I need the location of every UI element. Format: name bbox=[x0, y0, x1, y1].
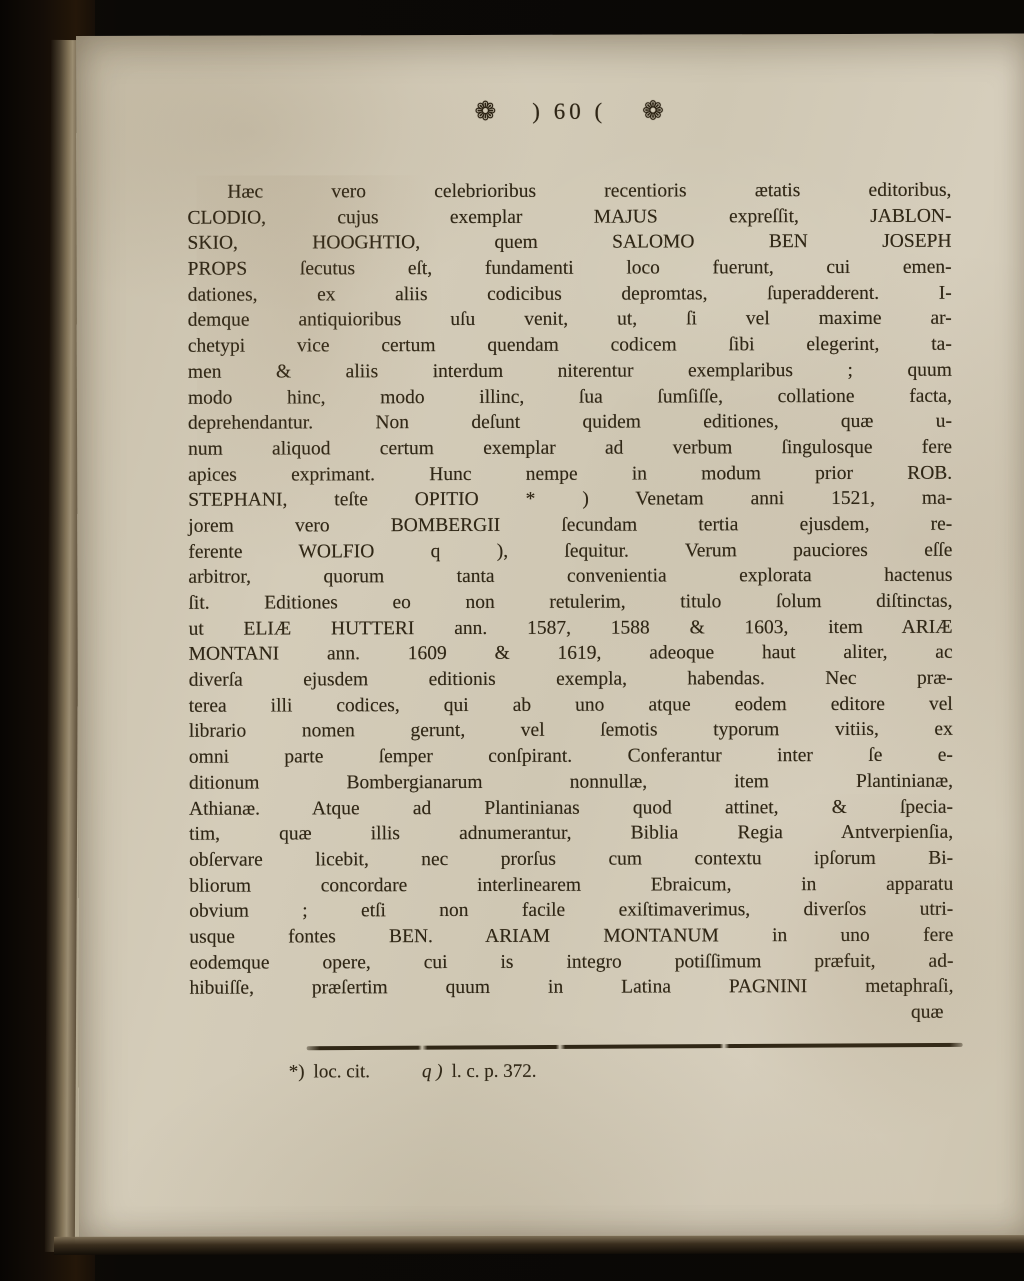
text-line: obvium ; etſi non facile exiſtimaverimus… bbox=[189, 897, 953, 925]
text-line: eodemque opere, cui is integro potiſſimu… bbox=[189, 948, 953, 976]
text-line: Athianæ. Atque ad Plantinianas quod atti… bbox=[189, 794, 953, 822]
fleuron-ornament-icon: ❁ bbox=[642, 98, 664, 124]
text-line: ut ELIÆ HUTTERI ann. 1587, 1588 & 1603, … bbox=[189, 614, 953, 642]
text-line: men & aliis interdum niterentur exemplar… bbox=[188, 358, 952, 386]
catchword: quæ bbox=[190, 1000, 954, 1028]
page-number: ) 60 ( bbox=[532, 99, 606, 125]
text-line: ferente WOLFIO q ), ſequitur. Verum pauc… bbox=[188, 537, 952, 565]
footnote-star-marker: *) bbox=[289, 1061, 305, 1083]
text-line: arbitror, quorum tanta convenientia expl… bbox=[188, 563, 952, 591]
text-line: omni parte ſemper conſpirant. Conferantu… bbox=[189, 743, 953, 771]
text-line: PROPS ſecutus eſt, fundamenti loco fueru… bbox=[188, 255, 952, 283]
text-line: dationes, ex aliis codicibus depromtas, … bbox=[188, 280, 952, 308]
scanned-book-photo: { "document": { "header": { "ornament_le… bbox=[0, 0, 1024, 1281]
text-line: obſervare licebit, nec prorſus cum conte… bbox=[189, 846, 953, 874]
page-block-bottom-edge bbox=[54, 1235, 1024, 1255]
text-line: deprehendantur. Non deſunt quidem editio… bbox=[188, 409, 952, 437]
book-page: ❁ ) 60 ( ❁ Hæc vero celebrioribus recent… bbox=[76, 34, 1024, 1242]
text-line: Hæc vero celebrioribus recentioris ætati… bbox=[187, 178, 951, 206]
footnote-q-marker: q ) bbox=[422, 1061, 443, 1083]
text-line: diverſa ejusdem editionis exempla, haben… bbox=[189, 666, 953, 694]
footnote: *) loc. cit. q ) l. c. p. 372. bbox=[289, 1060, 909, 1084]
running-header: ❁ ) 60 ( ❁ bbox=[187, 90, 951, 134]
text-line: ſit. Editiones eo non retulerim, titulo … bbox=[188, 589, 952, 617]
text-line: MONTANI ann. 1609 & 1619, adeoque haut a… bbox=[189, 640, 953, 668]
text-line: chetypi vice certum quendam codicem ſibi… bbox=[188, 332, 952, 360]
text-line: jorem vero BOMBERGII ſecundam tertia eju… bbox=[188, 512, 952, 540]
text-line: num aliquod certum exemplar ad verbum ſi… bbox=[188, 435, 952, 463]
text-line: SKIO, HOOGHTIO, quem SALOMO BEN JOSEPH bbox=[188, 229, 952, 257]
footnote-q-text: l. c. p. 372. bbox=[452, 1061, 537, 1083]
footnote-star-text: loc. cit. bbox=[314, 1061, 371, 1083]
text-line: STEPHANI, teſte OPITIO * ) Venetam anni … bbox=[188, 486, 952, 514]
text-line: usque fontes BEN. ARIAM MONTANUM in uno … bbox=[189, 923, 953, 951]
text-line: modo hinc, modo illinc, ſua ſumſiſſe, co… bbox=[188, 383, 952, 411]
text-line: CLODIO, cujus exemplar MAJUS expreſſit, … bbox=[187, 203, 951, 231]
text-line: ditionum Bombergianarum nonnullæ, item P… bbox=[189, 769, 953, 797]
fleuron-ornament-icon: ❁ bbox=[474, 99, 496, 125]
text-line: tim, quæ illis adnumerantur, Biblia Regi… bbox=[189, 820, 953, 848]
text-line: demque antiquioribus uſu venit, ut, ſi v… bbox=[188, 306, 952, 334]
text-line: terea illi codices, qui ab uno atque eod… bbox=[189, 691, 953, 719]
footnote-separator-rule bbox=[307, 1043, 963, 1050]
text-line: librario nomen gerunt, vel ſemotis typor… bbox=[189, 717, 953, 745]
text-line: hibuiſſe, præſertim quum in Latina PAGNI… bbox=[189, 974, 953, 1002]
text-line: apices exprimant. Hunc nempe in modum pr… bbox=[188, 460, 952, 488]
text-line: bliorum concordare interlinearem Ebraicu… bbox=[189, 871, 953, 899]
body-text: Hæc vero celebrioribus recentioris ætati… bbox=[187, 178, 953, 1028]
